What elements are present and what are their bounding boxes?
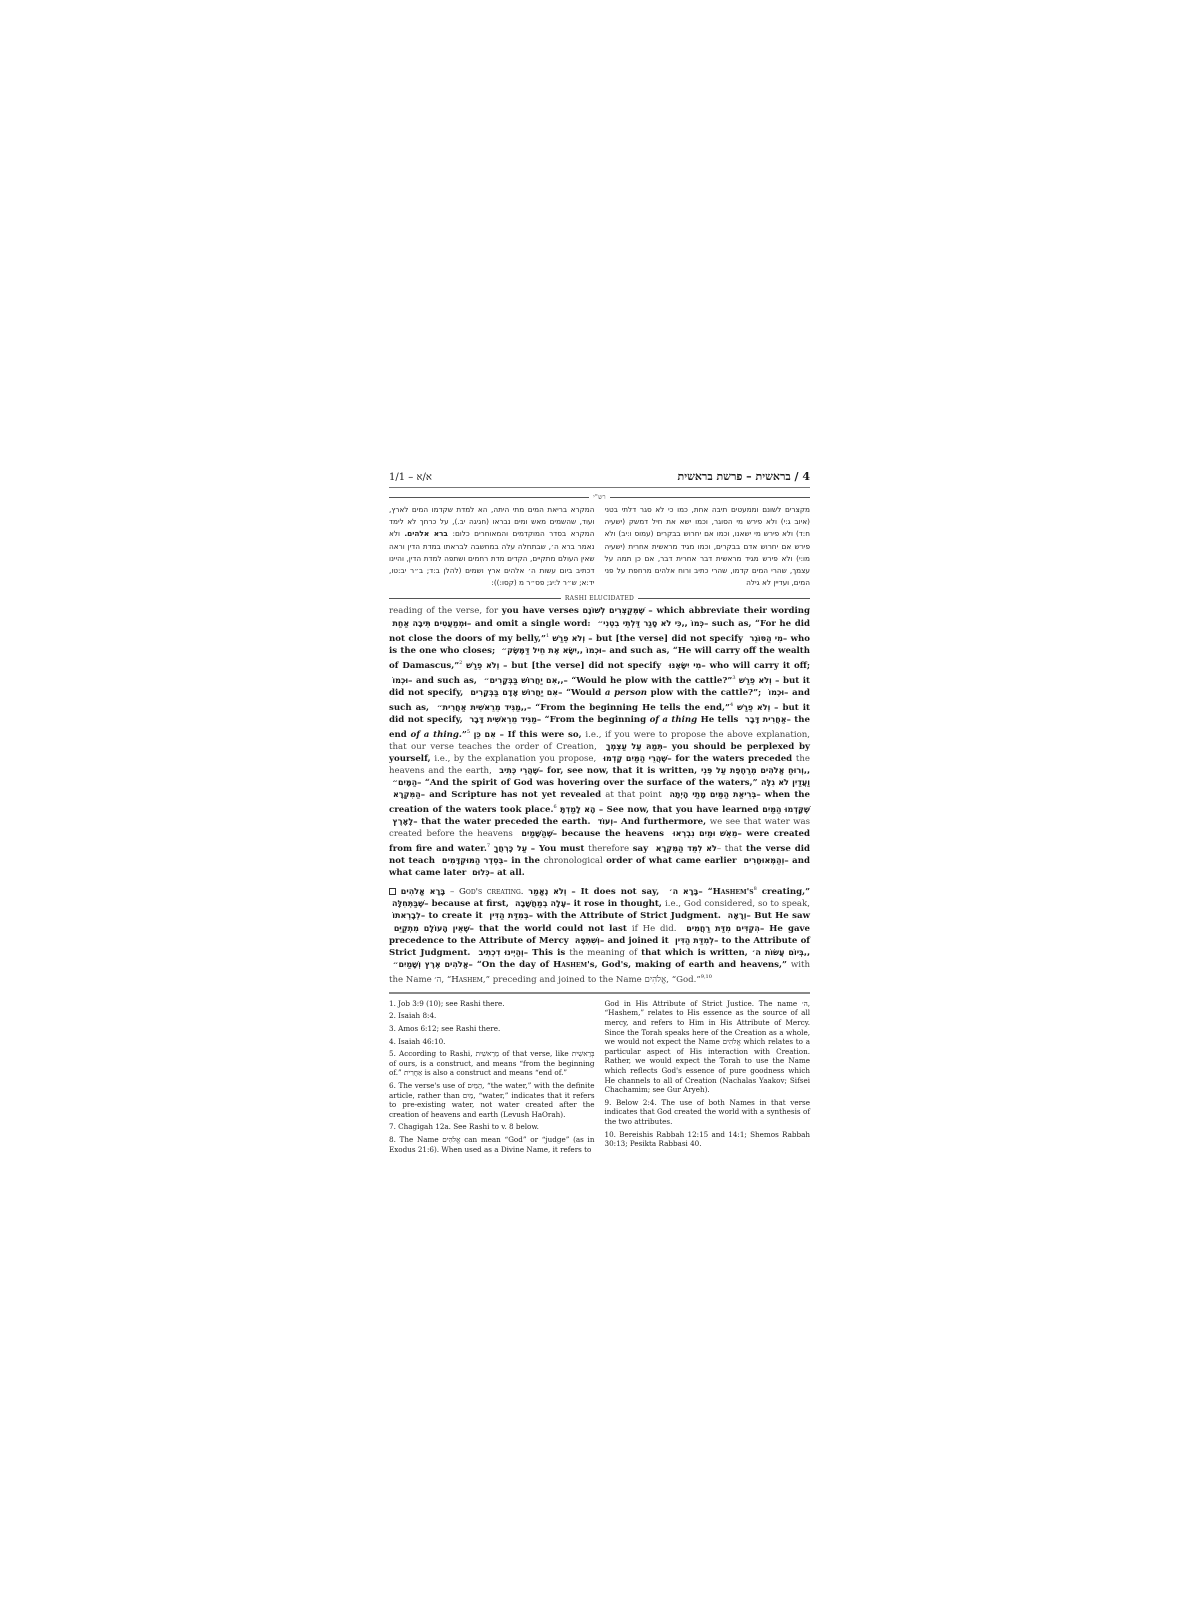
footnote: 5. According to Rashi, מֵרֵאשִׁית of tha… [389,1049,595,1078]
hebrew-phrase: בָּרָא אֱלֹהִים [396,887,450,896]
english-text: – with the Attribute of Strict Judgment. [529,911,725,921]
hebrew-phrase: וּכְמוֹ [389,675,408,684]
footnote: 2. Isaiah 8:4. [389,1011,595,1021]
english-text: – because at first, [424,899,512,909]
footnotes: 1. Job 3:9 (10); see Rashi there.2. Isai… [389,999,810,1157]
elucidated-divider: RASHI ELUCIDATED [389,595,810,602]
english-text: – in the [503,856,543,866]
footnote-divider [389,992,810,994]
english-text: a person [605,688,647,698]
english-text: order of what came earlier [606,856,740,866]
footnotes-column-left: 1. Job 3:9 (10); see Rashi there.2. Isai… [389,999,595,1157]
elucidated-paragraph-1: reading of the verse, for you have verse… [389,605,810,879]
english-text: – “From the beginning He tells the end,” [527,703,730,713]
hebrew-phrase: אִם יַחֲרוֹשׁ אָדָם בַּבְּקָרִים [467,688,558,697]
english-text: if He did. [632,924,681,934]
english-text: – And furthermore, [613,817,710,827]
english-text: – and omit a single word: [467,619,594,629]
english-text: – “From the beginning [537,715,650,725]
english-text: – This is [524,948,570,958]
footnote: 4. Isaiah 46:10. [389,1037,595,1047]
english-text: – If this were so, [500,730,586,740]
hebrew-phrase: תְּמַהּ עַל עַצְמְךָ [601,742,663,751]
footnote: 8. The Name אֱלֹהִים can mean “God” or “… [389,1135,595,1154]
hebrew-phrase: מִי יִשָּׂאֶנּוּ [665,661,701,670]
english-text: – for, see now, that it is written, [539,766,701,776]
hebrew-phrase: לְמִדַּת הַדִּין [672,936,714,945]
english-text: reading of the verse, for [389,606,502,616]
hebrew-phrase: שֶׁהֲרֵי כְּתִיב [495,766,538,775]
hebrew-phrase: שֶׁמְּקַצְּרִים לְשׁוֹנָם [579,606,649,615]
footnote: 7. Chagigah 12a. See Rashi to v. 8 below… [389,1122,595,1132]
english-text: God's creating. [459,887,523,897]
hebrew-phrase: כְּלוּם [469,868,489,877]
rashi-column-right: מקצרים לשונם וממעטים תיבה אחת, כמו כי לא… [605,504,811,589]
hebrew-phrase: וְעוֹד [594,817,613,826]
english-text: – who will carry it off; [701,661,810,671]
english-text: the meaning of [569,948,641,958]
hebrew-phrase: וּמְמַעֲטִים תֵּיבָה אַחַת [389,619,467,628]
english-text: – “Would [558,688,605,698]
hebrew-phrase: עָלָה בְמַחֲשָׁבָה [512,899,566,908]
hebrew-phrase: מֵאֵשׁ וּמַיִם נִבְרְאוּ [669,829,738,838]
hebrew-phrase: אִם כֵּן [470,730,500,739]
english-text: – that the world could not last [470,924,632,934]
hebrew-phrase: עַל כָּרְחֲךָ [490,844,531,853]
hebrew-phrase: כְּמוֹ ,,כִּי לֹא סָגַר דַּלְתֵי בִטְנִי… [594,619,704,628]
hebrew-phrase: וְלֹא נֶאֱמַר [524,887,572,896]
english-text: chronological [544,856,606,866]
rashi-heading: ברא אלהים. [404,529,452,538]
hebrew-phrase: לְבָרְאתוֹ [389,911,421,920]
hebrew-phrase: לֹא לִמֵּד הַמִּקְרָא [652,844,717,853]
hebrew-phrase: בְּרִיאַת הַמַּיִם מָתַי הָיְתָה [666,790,757,799]
english-text: ,” preceding and joined to the Name אֱלֹ… [483,975,701,985]
english-text: – that the water preceded the earth. [413,817,594,827]
hebrew-phrase: וְהַמְּאוּחָרִים [740,856,784,865]
english-text: – and joined it [600,936,672,946]
hebrew-phrase: וְרָאָה [724,911,746,920]
running-header: 1/1 – א/א 4 / בראשית – פרשת בראשית [389,470,810,488]
footnote-ref: 9,10 [701,974,712,980]
english-text: – But He saw [746,911,810,921]
english-text: say [633,844,652,854]
english-text: i.e., God considered, so to speak, [665,899,810,909]
footnote: 9. Below 2:4. The use of both Names in t… [605,1098,811,1127]
hebrew-phrase: וְלֹא פֵרַשׁ [736,675,776,684]
english-text: – which abbreviate their wording [648,606,810,616]
footnote: 6. The verse's use of הַמַּיִם, “the wat… [389,1081,595,1119]
english-text: – but [the verse] did not specify [503,661,665,671]
english-text: therefore [588,844,632,854]
hebrew-phrase: שֶׁהֲרֵי הַמַּיִם קָדְמוּ [600,754,668,763]
hebrew-phrase: שֶׁבַּתְּחִלָּה [389,899,424,908]
english-text: at that point [605,790,665,800]
hebrew-phrase: ,,מַגִּיד מֵרֵאשִׁית אַחֲרִית״ [433,703,527,712]
rashi-column-left: המקרא בריאת המים מתי היתה, הא למדת שקדמו… [389,504,595,589]
english-text: Hashem [553,960,587,970]
hebrew-phrase: בְּסֵדֶר הַמּוּקְדָּמִים [439,856,504,865]
english-text: plow with the cattle?”; [647,688,765,698]
english-text: – for the waters preceded [667,754,796,764]
footnote: God in His Attribute of Strict Justice. … [605,999,811,1095]
english-text: – because the heavens [553,829,669,839]
footnote: 1. Job 3:9 (10); see Rashi there. [389,999,595,1009]
english-text: creating,” [757,887,810,897]
hebrew-phrase: וְלֹא פֵרַשׁ [733,703,774,712]
english-text: – “On the day of [469,960,554,970]
rashi-label: רש"י [589,494,610,501]
hebrew-phrase: שֶׁהַשָּׁמַיִם [517,829,553,838]
elucidated-paragraph-2: בָּרָא אֱלֹהִים – God's creating. וְלֹא … [389,883,810,985]
hebrew-phrase: וְלֹא פֵרַשׁ [549,633,588,642]
page-title: 4 / בראשית – פרשת בראשית [677,470,810,483]
english-text: Hashem [451,975,483,985]
english-text: i.e., by the explanation you propose, [434,754,599,764]
hebrew-phrase: אַחֲרִית דָּבָר [742,715,787,724]
hebrew-phrase: מִי הַסּוֹגֵר [746,633,783,642]
english-text: you have verses [502,606,579,616]
english-text: – See now, that you have learned [599,805,762,815]
english-text: – You must [531,844,588,854]
english-text: – It does not say, [571,887,664,897]
rashi-divider: רש"י [389,494,810,501]
english-text: of a thing. [411,730,462,740]
english-text: – “And the spirit of God was hovering ov… [417,778,761,788]
english-text: – that [717,844,746,854]
hebrew-phrase: מַגִּיד מֵרֵאשִׁית דָּבָר [466,715,537,724]
hebrew-phrase: בְּמִדַּת הַדִּין [486,911,529,920]
elucidated-label: RASHI ELUCIDATED [561,595,638,602]
english-text: – [450,887,459,897]
hebrew-phrase: וְהַיְינוּ דִכְתִיב [475,948,524,957]
hebrew-phrase: וְלֹא פֵרַשׁ [462,661,503,670]
english-text: – “Would he plow with the cattle?” [563,675,732,685]
book-page: 1/1 – א/א 4 / בראשית – פרשת בראשית רש"י … [389,470,810,1157]
hebrew-phrase: בָּרָא ה׳ [664,887,698,896]
chapter-verse-ref: 1/1 – א/א [389,472,432,483]
footnotes-column-right: God in His Attribute of Strict Justice. … [605,999,811,1157]
hebrew-phrase: וּכְמוֹ [765,688,784,697]
hebrew-phrase: הִקְדִּים מִדַּת רַחֲמִים [681,924,760,933]
rashi-elucidated-body: reading of the verse, for you have verse… [389,605,810,985]
english-text: – and such as, [408,675,480,685]
footnote: 3. Amos 6:12; see Rashi there. [389,1024,595,1034]
english-text: that which is written, [641,948,752,958]
english-text: – “Hashem's [698,887,753,897]
hebrew-phrase: שֶׁאֵין הָעוֹלָם מִתְקַיֵּם [389,924,470,933]
footnote: 10. Bereishis Rabbah 12:15 and 14:1; She… [605,1130,811,1149]
hebrew-phrase: ,,אִם יַחֲרוֹשׁ בַּבְּקָרִים״ [480,675,563,684]
english-text: – but [the verse] did not specify [588,633,746,643]
hebrew-phrase: וְשִׁתְּפָהּ [572,936,600,945]
bullet-box-icon [389,888,396,895]
hebrew-phrase: וּכְמוֹ ,,יִשָּׂא אֶת חֵיל דַּמֶּשֶׂק״ [498,646,601,655]
english-text: – it rose in thought, [566,899,665,909]
english-text: – at all. [490,868,525,878]
english-text: – and Scripture has not yet revealed [421,790,606,800]
english-text: of a thing [650,715,698,725]
english-text: 's, God's, making of earth and heavens,” [587,960,791,970]
hebrew-phrase: הָא לָמַדְתָּ [557,805,599,814]
english-text: – to create it [421,911,486,921]
english-text: He tells [697,715,742,725]
rashi-hebrew-text: מקצרים לשונם וממעטים תיבה אחת, כמו כי לא… [389,504,810,589]
